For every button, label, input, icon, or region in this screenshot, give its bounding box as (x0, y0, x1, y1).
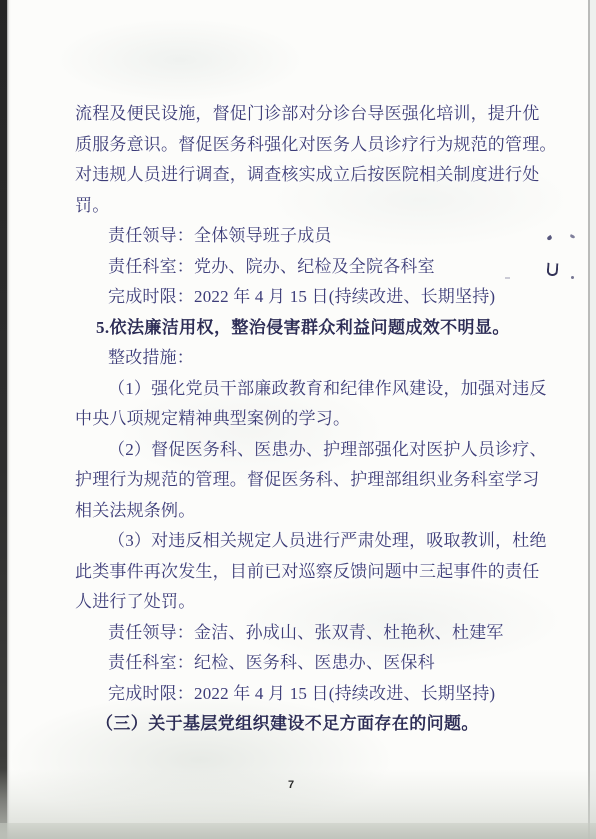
scan-left-edge (0, 0, 7, 839)
text-line: 质服务意识。督促医务科强化对医务人员诊疗行为规范的管理。 (75, 130, 545, 161)
text-line: 完成时限：2022 年 4 月 15 日(持续改进、长期坚持) (75, 679, 545, 710)
scan-right-margin (590, 0, 596, 839)
text-line: 责任领导：全体领导班子成员 (75, 221, 545, 252)
text-line: （三）关于基层党组织建设不足方面存在的问题。 (75, 709, 545, 740)
text-line: 整改措施： (75, 343, 545, 374)
text-line: 责任科室：党办、院办、纪检及全院各科室 (75, 252, 545, 283)
text-line: 罚。 (75, 191, 545, 222)
document-lines: 流程及便民设施，督促门诊部对分诊台导医强化培训，提升优质服务意识。督促医务科强化… (75, 99, 545, 740)
text-line: 责任领导：金洁、孙成山、张双青、杜艳秋、杜建军 (75, 618, 545, 649)
text-line: （3）对违反相关规定人员进行严肃处理，吸取教训，杜绝 (75, 526, 545, 557)
text-line: 对违规人员进行调查，调查核实成立后按医院相关制度进行处 (75, 160, 545, 191)
text-line: 完成时限：2022 年 4 月 15 日(持续改进、长期坚持) (75, 282, 545, 313)
text-line: 人进行了处罚。 (75, 587, 545, 618)
text-line: 责任科室：纪检、医务科、医患办、医保科 (75, 648, 545, 679)
ink-mark-icon (505, 277, 510, 279)
text-line: （2）督促医务科、医患办、护理部强化对医护人员诊疗、 (75, 435, 545, 466)
text-line: 护理行为规范的管理。督促医务科、护理部组织业务科室学习 (75, 465, 545, 496)
ink-mark-icon (570, 234, 576, 239)
scanned-page: 流程及便民设施，督促门诊部对分诊台导医强化培训，提升优质服务意识。督促医务科强化… (0, 0, 596, 839)
ink-mark-icon (571, 276, 574, 279)
ink-mark-icon (546, 235, 552, 241)
scan-left-edge-shadow (7, 0, 11, 839)
text-line: 中央八项规定精神典型案例的学习。 (75, 404, 545, 435)
text-line: （1）强化党员干部廉政教育和纪律作风建设，加强对违反 (75, 374, 545, 405)
ink-mark-icon (547, 263, 559, 277)
scan-bottom-edge (0, 823, 596, 839)
text-line: 流程及便民设施，督促门诊部对分诊台导医强化培训，提升优 (75, 99, 545, 130)
page-number: 7 (288, 779, 294, 791)
text-line: 5.依法廉洁用权，整治侵害群众利益问题成效不明显。 (75, 313, 545, 344)
text-line: 此类事件再次发生，目前已对巡察反馈问题中三起事件的责任 (75, 557, 545, 588)
text-line: 相关法规条例。 (75, 496, 545, 527)
